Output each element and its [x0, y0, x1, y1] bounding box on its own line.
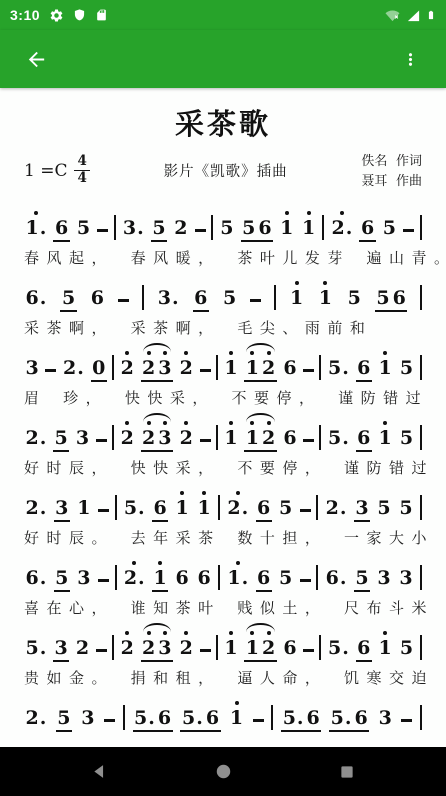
note-group: 6 — [282, 429, 298, 452]
lyrics-row: 采茶啊， 采茶啊， 毛尖、雨前和 — [24, 317, 422, 338]
held-dash — [303, 439, 314, 442]
lyrics-row: 春风起， 春风暖， 茶叶儿发芽 遍山青。 — [24, 247, 422, 268]
note: 5. — [122, 499, 146, 518]
barline — [211, 215, 213, 240]
note: 2. — [226, 499, 250, 518]
note-group: 1 — [377, 429, 393, 452]
barline — [218, 495, 220, 520]
note-group: 12 — [244, 429, 276, 452]
shield-icon — [73, 8, 86, 22]
nav-recents-square-icon[interactable] — [334, 759, 360, 785]
octave-dot — [307, 211, 311, 215]
note: 5 — [381, 219, 397, 238]
octave-dot — [250, 631, 254, 635]
held-dash — [253, 719, 264, 722]
note-group: 0 — [91, 359, 107, 382]
augmentation-dot: . — [297, 709, 304, 728]
notation-lines: 1.653.52556112.65春风起， 春风暖， 茶叶儿发芽 遍山青。6.5… — [24, 202, 422, 762]
note-group: 1 — [317, 289, 333, 312]
barline — [319, 635, 321, 660]
lyrics-row: 眉 珍， 快快采， 不要停， 谨防错过 — [24, 387, 422, 408]
lyrics-row: 好时辰， 快快采， 不要停， 谨防错过 — [24, 457, 422, 478]
note-group: 5 — [376, 499, 392, 522]
note: 1 — [223, 429, 239, 448]
octave-dot — [125, 631, 129, 635]
held-dash — [98, 509, 109, 512]
notation-row: 6.532.1661.656.533 — [24, 552, 422, 592]
augmentation-dot: . — [342, 359, 349, 378]
note-group: 6 — [89, 289, 105, 312]
note: 6 — [391, 289, 407, 308]
held-dash — [96, 439, 107, 442]
note-group: 1 — [228, 709, 244, 732]
note: 6 — [356, 359, 372, 378]
song-title: 采茶歌 — [24, 102, 422, 143]
note: 6 — [282, 429, 298, 448]
barline — [316, 495, 318, 520]
octave-dot — [267, 631, 271, 635]
note: 5. — [133, 709, 157, 728]
note-group: 1 — [174, 499, 190, 522]
note-group: 2 — [119, 429, 135, 452]
note: 5. — [327, 429, 351, 448]
barline — [112, 425, 114, 450]
notation-row: 6.563.6511556 — [24, 272, 422, 312]
note-group: 3 — [54, 499, 70, 522]
note-group: 2 — [178, 359, 194, 382]
note-group: 3 — [398, 569, 414, 592]
barline — [112, 635, 114, 660]
augmentation-dot: . — [172, 289, 179, 308]
note-group: 3. — [121, 219, 145, 242]
nav-home-circle-icon[interactable] — [210, 759, 236, 785]
held-dash — [200, 439, 211, 442]
barline — [112, 355, 114, 380]
note: 5 — [354, 569, 370, 588]
sdcard-icon — [95, 8, 108, 22]
note: 2 — [119, 639, 135, 658]
octave-dot — [250, 351, 254, 355]
augmentation-dot: . — [138, 499, 145, 518]
note-group: 6 — [256, 499, 272, 522]
held-dash — [45, 369, 56, 372]
barline — [319, 355, 321, 380]
note-group: 5 — [398, 359, 414, 382]
held-dash — [401, 719, 412, 722]
held-dash — [98, 579, 109, 582]
note: 5 — [54, 569, 70, 588]
note: 5 — [151, 219, 167, 238]
note-group: 1 — [76, 499, 92, 522]
note-group: 3 — [80, 709, 96, 732]
augmentation-dot: . — [40, 639, 47, 658]
note-group: 6 — [152, 499, 168, 522]
octave-dot — [235, 701, 239, 705]
barline — [420, 425, 422, 450]
note-group: 5.6 — [329, 709, 369, 732]
augmentation-dot: . — [342, 429, 349, 448]
note: 1 — [196, 499, 212, 518]
note-group: 5 — [151, 219, 167, 242]
held-dash — [195, 229, 206, 232]
note: 3. — [156, 289, 180, 308]
note: 5. — [327, 359, 351, 378]
note-group: 5 — [398, 499, 414, 522]
note: 0 — [91, 359, 107, 378]
octave-dot — [383, 631, 387, 635]
octave-dot — [163, 631, 167, 635]
music-line-6: 6.532.1661.656.533喜在心， 谁知茶叶 贱似土， 尺布斗米 — [24, 552, 422, 622]
note: 5 — [398, 359, 414, 378]
note: 1 — [152, 569, 168, 588]
note: 2 — [141, 639, 157, 658]
note-group: 1 — [152, 569, 168, 592]
note-group: 2. — [330, 219, 354, 242]
held-dash — [118, 299, 129, 302]
augmentation-dot: . — [77, 359, 84, 378]
octave-dot — [147, 421, 151, 425]
note: 2 — [119, 429, 135, 448]
octave-dot — [383, 351, 387, 355]
note-group: 5 — [75, 219, 91, 242]
notation-row: 2.53223211265.615 — [24, 412, 422, 452]
augmentation-dot: . — [40, 219, 47, 238]
lyrics-row: 贵如金。 捐和租， 逼人命， 饥寒交迫 — [24, 667, 422, 688]
octave-dot — [184, 351, 188, 355]
note: 5. — [24, 639, 48, 658]
octave-dot — [295, 281, 299, 285]
note-group: 6 — [356, 359, 372, 382]
held-dash — [303, 369, 314, 372]
note-group: 2. — [24, 499, 48, 522]
note: 6 — [152, 499, 168, 518]
note: 1 — [174, 499, 190, 518]
note: 2 — [178, 429, 194, 448]
clock: 3:10 — [10, 7, 40, 23]
octave-dot — [229, 631, 233, 635]
back-button[interactable] — [16, 39, 56, 79]
note-group: 6. — [324, 569, 348, 592]
barline — [216, 355, 218, 380]
note-group: 1 — [377, 639, 393, 662]
note: 5 — [219, 219, 235, 238]
note: 3 — [398, 569, 414, 588]
note-group: 5 — [219, 219, 235, 242]
note: 6 — [282, 359, 298, 378]
octave-dot — [323, 281, 327, 285]
music-line-4: 2.53223211265.615好时辰， 快快采， 不要停， 谨防错过 — [24, 412, 422, 482]
augmentation-dot: . — [242, 499, 249, 518]
note: 1 — [279, 219, 295, 238]
note: 3 — [157, 639, 173, 658]
held-dash — [200, 369, 211, 372]
note-group: 56 — [375, 289, 407, 312]
note-group: 3. — [156, 289, 180, 312]
music-line-3: 32.0223211265.615眉 珍， 快快采， 不要停， 谨防错过 — [24, 342, 422, 412]
status-bar: 3:10 — [0, 0, 446, 30]
note-group: 3 — [377, 709, 393, 732]
key-text: 1 =C — [24, 161, 67, 181]
note: 1 — [228, 709, 244, 728]
octave-dot — [229, 421, 233, 425]
note: 2 — [119, 359, 135, 378]
note-group: 23 — [141, 359, 173, 382]
barline — [420, 565, 422, 590]
note-group: 1 — [288, 289, 304, 312]
note-group: 5 — [381, 219, 397, 242]
note: 2 — [178, 359, 194, 378]
octave-dot — [163, 351, 167, 355]
note: 5 — [375, 289, 391, 308]
note-group: 12 — [244, 639, 276, 662]
note: 3 — [80, 709, 96, 728]
note: 6 — [156, 709, 172, 728]
note: 2 — [141, 359, 157, 378]
note: 3 — [377, 709, 393, 728]
barline — [216, 635, 218, 660]
note-group: 1. — [226, 569, 250, 592]
augmentation-dot: . — [137, 219, 144, 238]
barline — [115, 565, 117, 590]
augmentation-dot: . — [196, 709, 203, 728]
note: 2 — [178, 639, 194, 658]
note: 5 — [56, 709, 72, 728]
note-group: 1 — [223, 429, 239, 452]
note: 5 — [53, 429, 69, 448]
score-meta-row: 1 =C 4 4 影片《凯歌》插曲 佚名 作词 聂耳 作曲 — [24, 151, 422, 190]
music-line-2: 6.563.6511556采茶啊， 采茶啊， 毛尖、雨前和 — [24, 272, 422, 342]
note-group: 5 — [278, 499, 294, 522]
barline — [114, 215, 116, 240]
status-right-cluster — [384, 7, 436, 23]
note-group: 5.6 — [133, 709, 173, 732]
note-group: 12 — [244, 359, 276, 382]
octave-dot — [285, 211, 289, 215]
note: 3 — [76, 569, 92, 588]
note: 5 — [376, 499, 392, 518]
note-group: 3 — [76, 569, 92, 592]
note-group: 3 — [24, 359, 40, 382]
note-group: 6. — [24, 569, 48, 592]
note: 5. — [327, 639, 351, 658]
octave-dot — [34, 211, 38, 215]
augmentation-dot: . — [40, 569, 47, 588]
time-signature-numerator: 4 — [74, 154, 89, 171]
note: 5. — [281, 709, 305, 728]
lyrics-row: 喜在心， 谁知茶叶 贱似土， 尺布斗米 — [24, 597, 422, 618]
note: 5. — [180, 709, 204, 728]
note: 5 — [398, 639, 414, 658]
octave-dot — [383, 421, 387, 425]
note: 5 — [278, 569, 294, 588]
augmentation-dot: . — [242, 569, 249, 588]
note-group: 5. — [327, 639, 351, 662]
note: 2. — [24, 429, 48, 448]
held-dash — [97, 229, 108, 232]
note: 2. — [62, 359, 86, 378]
held-dash — [300, 509, 311, 512]
barline — [420, 635, 422, 660]
note: 1 — [288, 289, 304, 308]
note: 2. — [330, 219, 354, 238]
note-group: 5. — [327, 359, 351, 382]
note: 1 — [223, 359, 239, 378]
octave-dot — [147, 631, 151, 635]
barline — [319, 425, 321, 450]
note: 6 — [193, 289, 209, 308]
note: 1. — [24, 219, 48, 238]
held-dash — [300, 579, 311, 582]
note: 1 — [244, 429, 260, 448]
note-group: 1 — [223, 639, 239, 662]
note: 6 — [353, 709, 369, 728]
note-group: 2 — [173, 219, 189, 242]
note: 2 — [260, 429, 276, 448]
octave-dot — [125, 421, 129, 425]
octave-dot — [125, 351, 129, 355]
note: 1. — [226, 569, 250, 588]
note: 5 — [398, 499, 414, 518]
note: 1 — [377, 639, 393, 658]
note: 3 — [376, 569, 392, 588]
note: 3 — [24, 359, 40, 378]
note: 6 — [305, 709, 321, 728]
augmentation-dot: . — [340, 569, 347, 588]
note-group: 6 — [193, 289, 209, 312]
barline — [216, 425, 218, 450]
augmentation-dot: . — [40, 709, 47, 728]
note: 2. — [324, 499, 348, 518]
octave-dot — [132, 561, 136, 565]
signal-icon — [406, 8, 421, 23]
note-group: 6 — [256, 569, 272, 592]
gear-icon — [49, 8, 64, 23]
note: 2. — [24, 499, 48, 518]
barline — [271, 705, 273, 730]
note: 5 — [75, 219, 91, 238]
note: 1 — [317, 289, 333, 308]
note-group: 5 — [221, 289, 237, 312]
time-signature: 4 4 — [74, 154, 89, 186]
note: 3. — [121, 219, 145, 238]
note-group: 1 — [223, 359, 239, 382]
note-group: 5 — [398, 429, 414, 452]
note: 1 — [223, 639, 239, 658]
notation-row: 5.32223211265.615 — [24, 622, 422, 662]
note: 1 — [301, 219, 317, 238]
lyrics-row: 好时辰。 去年采茶 数十担， 一家大小 — [24, 527, 422, 548]
note: 6 — [356, 639, 372, 658]
octave-dot — [184, 421, 188, 425]
note-group: 6 — [356, 429, 372, 452]
note: 5. — [329, 709, 353, 728]
augmentation-dot: . — [40, 289, 47, 308]
held-dash — [96, 649, 107, 652]
note: 3 — [74, 429, 90, 448]
octave-dot — [236, 561, 240, 565]
note: 6 — [257, 219, 273, 238]
note: 3 — [54, 499, 70, 518]
note: 3 — [53, 639, 69, 658]
note-group: 6 — [196, 569, 212, 592]
note: 6 — [282, 639, 298, 658]
note: 2 — [141, 429, 157, 448]
note-group: 1 — [301, 219, 317, 242]
barline — [420, 355, 422, 380]
octave-dot — [184, 631, 188, 635]
app-bar — [0, 30, 446, 88]
note: 6. — [324, 569, 348, 588]
nav-back-triangle-icon[interactable] — [86, 759, 112, 785]
note: 1 — [244, 639, 260, 658]
note: 5 — [221, 289, 237, 308]
octave-dot — [250, 421, 254, 425]
augmentation-dot: . — [40, 499, 47, 518]
note-group: 3 — [376, 569, 392, 592]
note-group: 5. — [327, 429, 351, 452]
note-group: 3 — [74, 429, 90, 452]
augmentation-dot: . — [342, 639, 349, 658]
note-group: 5 — [354, 569, 370, 592]
wifi-off-icon — [384, 8, 401, 23]
barline — [123, 705, 125, 730]
note-group: 2. — [122, 569, 146, 592]
note-group: 6. — [24, 289, 48, 312]
overflow-menu-button[interactable] — [390, 39, 430, 79]
note: 2. — [122, 569, 146, 588]
music-line-1: 1.653.52556112.65春风起， 春风暖， 茶叶儿发芽 遍山青。 — [24, 202, 422, 272]
notation-row: 2.315.6112.652.355 — [24, 482, 422, 522]
note: 6. — [24, 569, 48, 588]
note-group: 5 — [56, 709, 72, 732]
note-group: 5 — [398, 639, 414, 662]
note-group: 5 — [53, 429, 69, 452]
note-group: 5. — [24, 639, 48, 662]
note: 3 — [354, 499, 370, 518]
held-dash — [403, 229, 414, 232]
note: 5 — [241, 219, 257, 238]
note-group: 2. — [62, 359, 86, 382]
note: 5 — [60, 289, 76, 308]
octave-dot — [163, 421, 167, 425]
octave-dot — [340, 211, 344, 215]
held-dash — [303, 649, 314, 652]
note: 6 — [256, 499, 272, 518]
note-group: 2 — [178, 639, 194, 662]
note-group: 2 — [74, 639, 90, 662]
barline — [274, 285, 276, 310]
octave-dot — [236, 491, 240, 495]
note-group: 3 — [53, 639, 69, 662]
augmentation-dot: . — [345, 709, 352, 728]
barline — [115, 495, 117, 520]
note-group: 6 — [174, 569, 190, 592]
note: 1 — [377, 429, 393, 448]
note: 6 — [204, 709, 220, 728]
note-group: 5. — [122, 499, 146, 522]
note: 2 — [260, 639, 276, 658]
note-group: 2 — [119, 359, 135, 382]
note-group: 1. — [24, 219, 48, 242]
barline — [142, 285, 144, 310]
barline — [316, 565, 318, 590]
note: 2. — [24, 709, 48, 728]
score-subtitle: 影片《凯歌》插曲 — [90, 160, 361, 181]
octave-dot — [267, 351, 271, 355]
note-group: 56 — [241, 219, 273, 242]
barline — [420, 285, 422, 310]
barline — [420, 705, 422, 730]
